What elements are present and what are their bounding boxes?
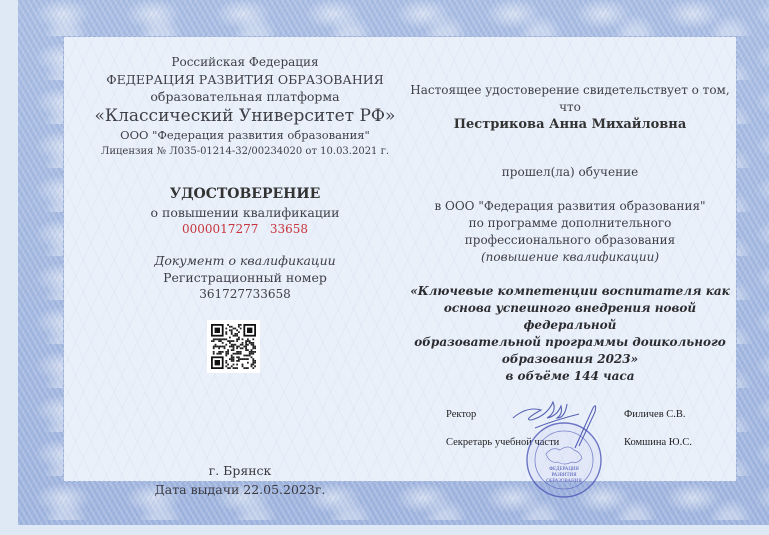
certificate-number: 0000017277 33658	[80, 221, 410, 238]
signature-icon	[505, 388, 615, 458]
program-line-2: профессионального образования	[400, 232, 740, 249]
course-line-2: основа успешного внедрения новой федерал…	[400, 300, 740, 334]
course-line-4: образования 2023»	[400, 351, 740, 368]
platform-label: образовательная платформа	[80, 88, 410, 105]
intro-line-2: что	[400, 99, 740, 116]
signature-rector	[505, 388, 615, 462]
rector-label: Ректор	[446, 409, 476, 420]
country: Российская Федерация	[80, 54, 410, 71]
certificate-info: УДОСТОВЕРЕНИЕ о повышении квалификации 0…	[80, 185, 410, 303]
program-block: прошел(ла) обучение в ООО "Федерация раз…	[400, 164, 740, 266]
serial-number: 33658	[270, 222, 308, 236]
footer-info: г. Брянск Дата выдачи 22.05.2023г.	[150, 462, 330, 498]
platform-name: «Классический Университет РФ»	[80, 105, 410, 127]
course-title-block: «Ключевые компетенции воспитателя как ос…	[400, 283, 740, 385]
federation-name: ФЕДЕРАЦИЯ РАЗВИТИЯ ОБРАЗОВАНИЯ	[80, 71, 410, 88]
secretary-name: Комшина Ю.С.	[624, 437, 692, 448]
program-line-1: по программе дополнительного	[400, 215, 740, 232]
recipient-name: Пестрикова Анна Михайловна	[400, 116, 740, 133]
issuer-block: Российская Федерация ФЕДЕРАЦИЯ РАЗВИТИЯ …	[80, 54, 410, 160]
series-number: 0000017277	[182, 222, 258, 236]
svg-text:РАЗВИТИЯ: РАЗВИТИЯ	[551, 473, 577, 478]
intro-line-1: Настоящее удостоверение свидетельствует …	[400, 82, 740, 99]
svg-text:ФЕДЕРАЦИЯ: ФЕДЕРАЦИЯ	[549, 467, 579, 472]
svg-text:ОБРАЗОВАНИЯ: ОБРАЗОВАНИЯ	[546, 479, 582, 484]
organization-line: в ООО "Федерация развития образования"	[400, 198, 740, 215]
course-hours: в объёме 144 часа	[400, 368, 740, 385]
organization-name: ООО "Федерация развития образования"	[80, 127, 410, 144]
course-line-3: образовательной программы дошкольного	[400, 334, 740, 351]
document-type: Документ о квалификации	[80, 252, 410, 269]
certificate-subtitle: о повышении квалификации	[80, 204, 410, 221]
recipient-block: Настоящее удостоверение свидетельствует …	[400, 82, 740, 133]
registration-number: 361727733658	[80, 286, 410, 303]
program-kind: (повышение квалификации)	[400, 249, 740, 266]
issue-date: Дата выдачи 22.05.2023г.	[150, 481, 330, 498]
completed-text: прошел(ла) обучение	[400, 164, 740, 181]
certificate-title: УДОСТОВЕРЕНИЕ	[80, 185, 410, 204]
license-info: Лицензия № Л035-01214-32/00234020 от 10.…	[80, 144, 410, 160]
issue-city: г. Брянск	[150, 462, 330, 479]
qr-code	[207, 320, 260, 373]
course-line-1: «Ключевые компетенции воспитателя как	[400, 283, 740, 300]
registration-label: Регистрационный номер	[80, 269, 410, 286]
qr-code-icon	[211, 324, 256, 369]
rector-name: Филичев С.В.	[624, 409, 686, 420]
